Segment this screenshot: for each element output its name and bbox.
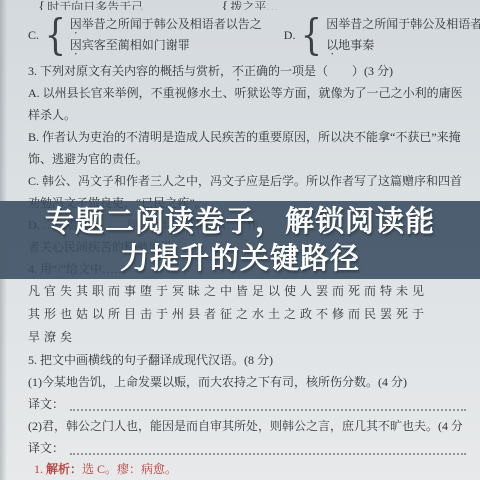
brace-icon: { (38, 0, 45, 10)
punctuation-sentence-line3: 旱潦矣 (28, 326, 472, 349)
brace-icon: { (45, 13, 66, 57)
emphasized-char: 因 (70, 17, 82, 31)
top-clipped-fragment-right: {拨之平… (221, 0, 278, 10)
translation-answer-row-1: 译文： (28, 393, 466, 415)
option-c-label: C. (28, 28, 39, 43)
option-c-line1-text: 举昔之所闻于韩公及相语者以告之 (82, 17, 262, 31)
translation-label: 译文： (28, 393, 64, 415)
banner-title-line2: 力提升的关键路径 (120, 240, 360, 277)
top-fragment-left-text: 时于向日多告于己 (47, 0, 143, 10)
q3-pre: 3. 下列对原文有关内容的概括与赏析， (28, 64, 232, 78)
answer-body: 选 C。瘳：病愈。 (82, 462, 177, 476)
question3-option-a-line2: 样杀人。 (28, 104, 462, 126)
answer-number: 1. (34, 462, 46, 476)
option-c-line2: 因宾客至蔺相如门谢罪 (70, 35, 262, 56)
question3-option-c-line1: C. 韩公、冯文子和作者三人之中，冯文子应是后学。所以作者写了这篇赠序和四首诗， (28, 170, 462, 192)
emphasized-char: 因 (70, 38, 82, 52)
question5-stem: 5. 把文中画横线的句子翻译成现代汉语。(8 分) (28, 349, 462, 371)
option-c: C. { 因举昔之所闻于韩公及相语者以告之 因宾客至蔺相如门谢罪 (28, 13, 262, 57)
question2-options-row: C. { 因举昔之所闻于韩公及相语者以告之 因宾客至蔺相如门谢罪 D. { 因举… (28, 12, 480, 58)
top-clipped-fragment-left: {时于向日多告于己 (38, 0, 143, 10)
translation-answer-row-2: 译文： (28, 437, 466, 459)
emphasized-char: 不 (232, 64, 244, 78)
brace-icon: { (301, 13, 322, 57)
answer-label: 解析： (46, 462, 82, 476)
option-d-line1: 因举昔之所闻于韩公及相语者以告之 (326, 14, 480, 35)
top-fragment-right-text: 拨之平… (230, 0, 278, 10)
option-d-label: D. (284, 28, 296, 43)
question3-stem: 3. 下列对原文有关内容的概括与赏析，不正确的一项是（ ）(3 分) (28, 60, 462, 82)
punctuation-sentence-line2: 其形也姑以所目击于州县者征之水土之政不修而民罢死于 (28, 303, 472, 326)
answer-key-line: 1. 解析：选 C。瘳：病愈。 (34, 459, 480, 479)
option-d: D. { 因举昔之所闻于韩公及相语者以告之 以地事秦 (284, 13, 480, 57)
title-banner-overlay: 专题二阅读卷子，解锁阅读能 力提升的关键路径 (0, 201, 480, 279)
emphasized-char: 以 (326, 38, 338, 52)
exam-paper-page: {时于向日多告于己{拨之平… C. { 因举昔之所闻于韩公及相语者以告之 因宾客… (0, 0, 480, 480)
question3-option-b-line2: 饰、逃避为官的责任。 (28, 148, 462, 170)
brace-icon: { (221, 0, 228, 10)
banner-title-line1: 专题二阅读卷子，解锁阅读能 (45, 203, 435, 240)
option-d-line1-pre: 因举昔之所闻于韩公及相语者 (326, 17, 480, 31)
dotted-answer-line (70, 395, 466, 411)
punctuation-sentence-line1: 凡官失其职而事堕于冥昧之中皆足以使人罢而死而特未见 (28, 280, 472, 303)
q3-post: 正确的一项是（ ）(3 分) (244, 64, 393, 78)
translation-label: 译文： (28, 437, 64, 459)
dotted-answer-line (70, 439, 466, 455)
option-d-line2: 以地事秦 (326, 35, 480, 56)
option-c-lines: 因举昔之所闻于韩公及相语者以告之 因宾客至蔺相如门谢罪 (70, 14, 262, 56)
question5-sentence1: (1)今某地告饥，上命发粟以赈，而大农持之下有司，核所伤分数。(4 分) (28, 371, 462, 393)
question3-option-a-line1: A. 以州县长官来举例，不重视修水土、听狱讼等方面，就像为了一己之小利的庸医那 (28, 82, 462, 104)
question3-option-b-line1: B. 作者认为吏治的不清明是造成人民疾苦的重要原因，所以决不能拿“不获已”来掩 (28, 126, 462, 148)
option-c-line2-text: 宾客至蔺相如门谢罪 (82, 38, 190, 52)
top-clipped-row: {时于向日多告于己{拨之平… (0, 0, 480, 10)
question5-sentence2: (2)君，韩公之门人也，能因是而自审其所处，则韩公之言，庶几其不旷也夫。(4 分… (28, 415, 462, 437)
option-d-line2-text: 地事秦 (338, 38, 374, 52)
option-c-line1: 因举昔之所闻于韩公及相语者以告之 (70, 14, 262, 35)
option-d-lines: 因举昔之所闻于韩公及相语者以告之 以地事秦 (326, 14, 480, 56)
